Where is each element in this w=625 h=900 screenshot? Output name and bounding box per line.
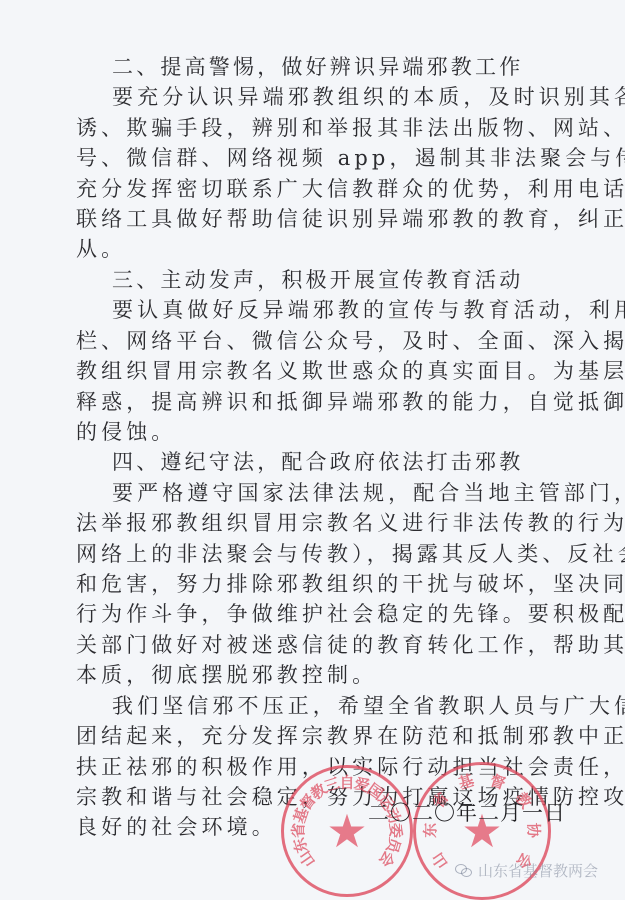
paragraph-line: 从。 bbox=[76, 234, 548, 264]
paragraph-line: 要充分认识异端邪教组织的本质，及时识别其各种引 bbox=[112, 82, 548, 112]
section-heading-3: 三、主动发声，积极开展宣传教育活动 bbox=[112, 265, 584, 295]
paragraph-line: 联络工具做好帮助信徒识别异端邪教的教育，纠正盲信盲 bbox=[76, 204, 548, 234]
document-page: 二、提高警惕，做好辨识异端邪教工作 要充分认识异端邪教组织的本质，及时识别其各种… bbox=[0, 0, 625, 900]
section-heading-2: 二、提高警惕，做好辨识异端邪教工作 bbox=[112, 52, 584, 82]
paragraph-line: 号、微信群、网络视频 app，遏制其非法聚会与传教活动。 bbox=[76, 143, 548, 173]
paragraph-line: 法举报邪教组织冒用宗教名义进行非法传教的行为（特别是 bbox=[76, 508, 548, 538]
paragraph-line: 要认真做好反异端邪教的宣传与教育活动，利用宣传 bbox=[112, 295, 548, 325]
paragraph-line: 要严格遵守国家法律法规，配合当地主管部门，勇于依 bbox=[112, 478, 548, 508]
paragraph-line: 网络上的非法聚会与传教），揭露其反人类、反社会的本质 bbox=[76, 539, 548, 569]
watermark-text: 山东省基督教两会 bbox=[478, 860, 598, 881]
closing-line: 团结起来，充分发挥宗教界在防范和抵制邪教中正本清源、 bbox=[76, 721, 548, 751]
seal-char: 基 bbox=[456, 769, 477, 794]
seal-char: 督 bbox=[488, 769, 509, 794]
official-seal-tszz: 山东省基督教三自爱国运动委员会 ★ bbox=[281, 765, 413, 897]
paragraph-line: 的侵蚀。 bbox=[76, 417, 548, 447]
paragraph-line: 充分发挥密切联系广大信教群众的优势，利用电话、微信等 bbox=[76, 174, 548, 204]
paragraph-line: 教组织冒用宗教名义欺世惑众的真实面目。为基层群众解疑 bbox=[76, 356, 548, 386]
wechat-icon bbox=[455, 863, 473, 878]
star-icon: ★ bbox=[326, 808, 367, 854]
wechat-watermark: 山东省基督教两会 bbox=[455, 860, 598, 881]
closing-line: 我们坚信邪不压正，希望全省教职人员与广大信徒紧密 bbox=[112, 691, 548, 721]
paragraph-line: 诱、欺骗手段，辨别和举报其非法出版物、网站、微信公众 bbox=[76, 113, 548, 143]
paragraph-line: 释惑，提高辨识和抵御异端邪教的能力，自觉抵御异端邪教 bbox=[76, 387, 548, 417]
section-heading-4: 四、遵纪守法，配合政府依法打击邪教 bbox=[112, 447, 584, 477]
paragraph-line: 关部门做好对被迷惑信徒的教育转化工作，帮助其认清邪教 bbox=[76, 630, 548, 660]
seal-char: 山 bbox=[426, 849, 452, 873]
paragraph-line: 和危害，努力排除邪教组织的干扰与破坏，坚决同违法乱纪 bbox=[76, 569, 548, 599]
paragraph-line: 本质，彻底摆脱邪教控制。 bbox=[76, 660, 548, 690]
paragraph-line: 栏、网络平台、微信公众号，及时、全面、深入揭露异端邪 bbox=[76, 326, 548, 356]
paragraph-line: 行为作斗争，争做维护社会稳定的先锋。要积极配合党政有 bbox=[76, 599, 548, 629]
document-date: 二〇二〇年二月一日 bbox=[368, 798, 566, 828]
